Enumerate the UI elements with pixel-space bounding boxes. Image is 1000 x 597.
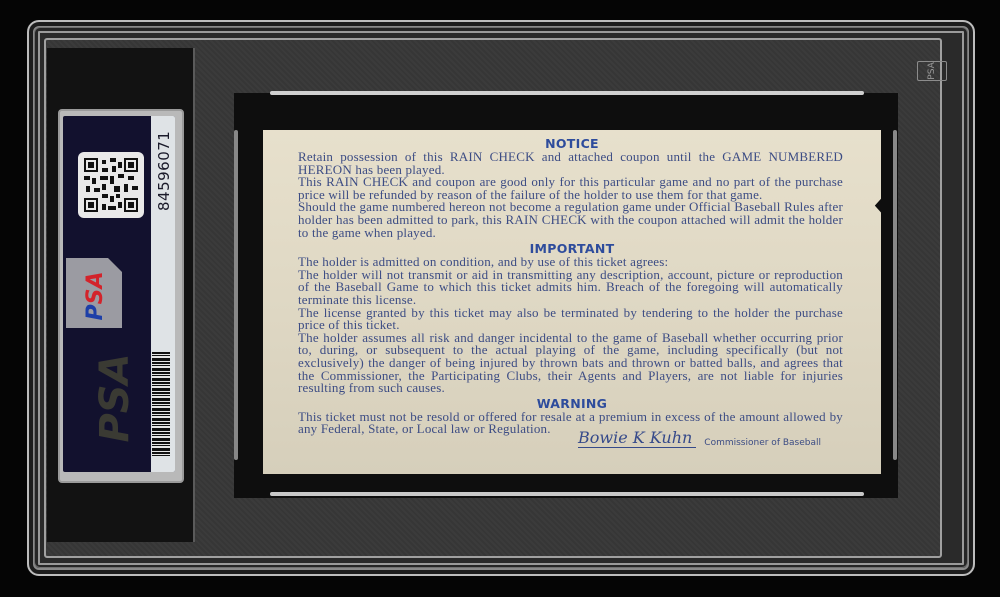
notice-paragraph: Retain possession of this RAIN CHECK and… — [298, 151, 843, 176]
holder-rail-right — [893, 130, 897, 460]
rain-check-ticket: NOTICE Retain possession of this RAIN CH… — [263, 130, 881, 474]
signature-title: Commissioner of Baseball — [704, 438, 821, 448]
barcode-icon — [152, 352, 170, 456]
holder-rail-bottom — [270, 492, 864, 496]
holder-rail-left — [234, 130, 238, 460]
psa-logo-sa: SA — [83, 272, 108, 305]
important-paragraph: The license granted by this ticket may a… — [298, 307, 843, 332]
psa-corner-logo-icon: PSA — [917, 61, 947, 81]
signature-block: Bowie K Kuhn Commissioner of Baseball — [578, 428, 821, 448]
important-section: The holder is admitted on condition, and… — [263, 256, 881, 395]
important-paragraph: The holder assumes all risk and danger i… — [298, 332, 843, 395]
cert-number: 84596071 — [152, 116, 176, 226]
notice-section: Retain possession of this RAIN CHECK and… — [263, 151, 881, 239]
important-paragraph: The holder will not transmit or aid in t… — [298, 269, 843, 307]
psa-watermark: PSA — [95, 353, 135, 443]
notice-paragraph: Should the game numbered hereon not beco… — [298, 201, 843, 239]
holder-rail-top — [270, 91, 864, 95]
commissioner-signature: Bowie K Kuhn — [578, 428, 696, 448]
notice-paragraph: This RAIN CHECK and coupon are good only… — [298, 176, 843, 201]
qr-code-icon[interactable] — [78, 152, 144, 218]
psa-logo-p: P — [83, 304, 108, 320]
psa-logo-icon: PSA — [82, 261, 108, 331]
